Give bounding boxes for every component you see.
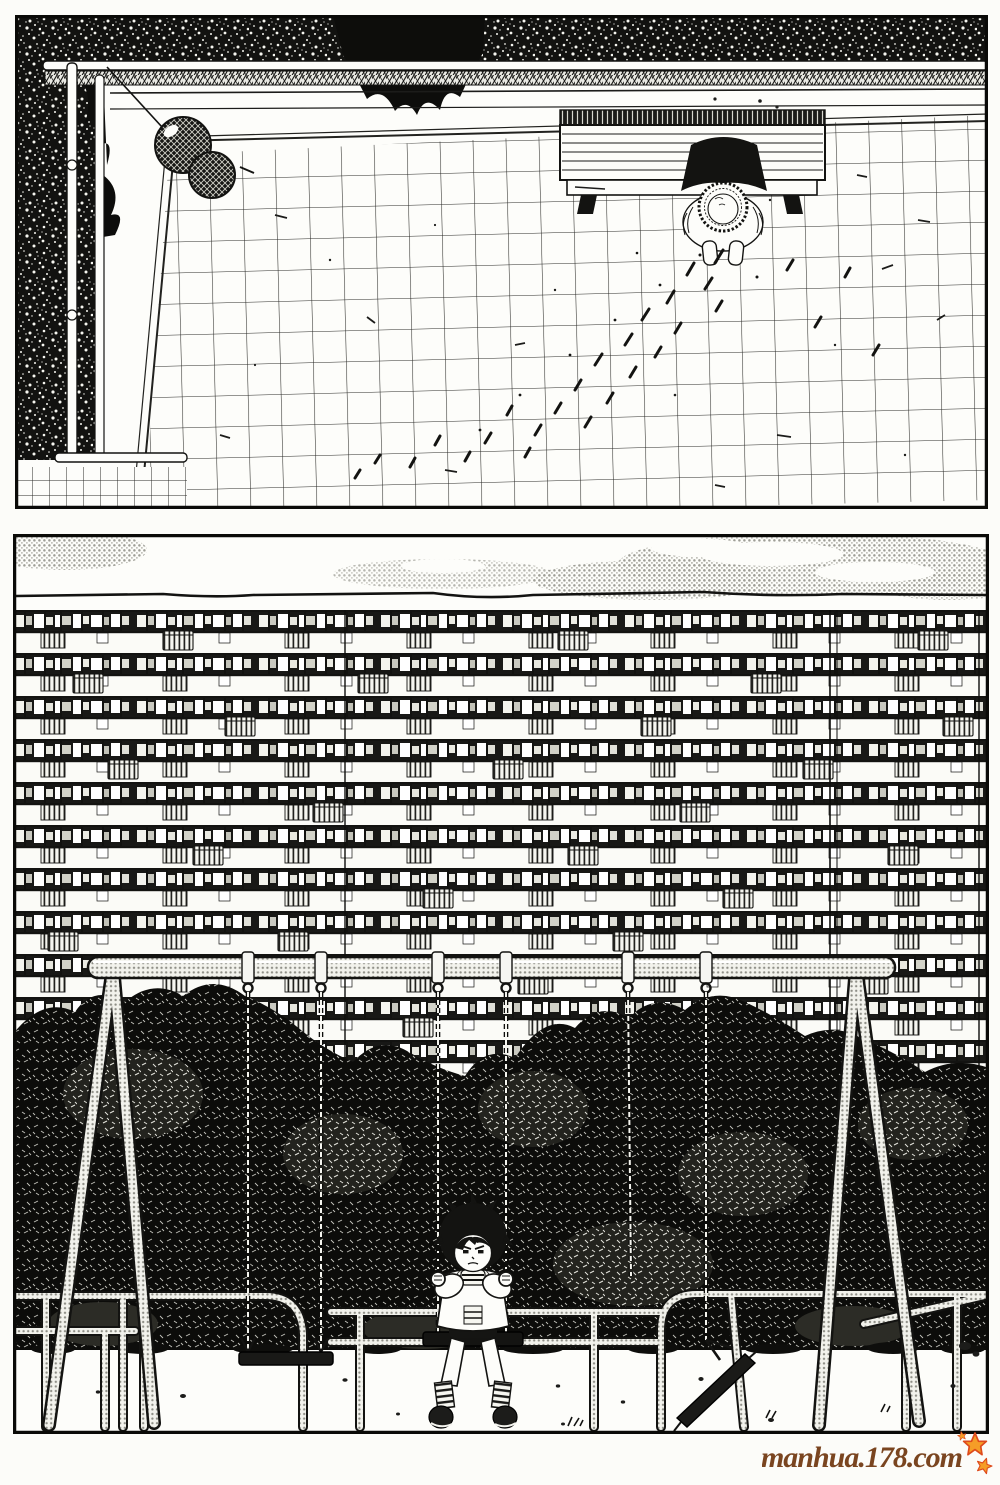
watermark-text: manhua.178.com bbox=[762, 1441, 962, 1474]
swing-top-bar bbox=[88, 957, 895, 978]
manga-page: manhua.178.com bbox=[0, 0, 1000, 1485]
girl-fist bbox=[499, 1272, 513, 1286]
girl-fist bbox=[431, 1272, 445, 1286]
watermark: manhua.178.com bbox=[762, 1430, 998, 1482]
walkway-small-tiles bbox=[15, 467, 187, 506]
watermark-star-icon bbox=[957, 1431, 994, 1475]
wall-top-strip bbox=[45, 71, 988, 85]
panel2-art bbox=[13, 534, 989, 1434]
panel-apartment-playground bbox=[13, 534, 989, 1434]
panel1-art bbox=[15, 15, 988, 509]
panel-overhead-courtyard bbox=[15, 15, 988, 509]
